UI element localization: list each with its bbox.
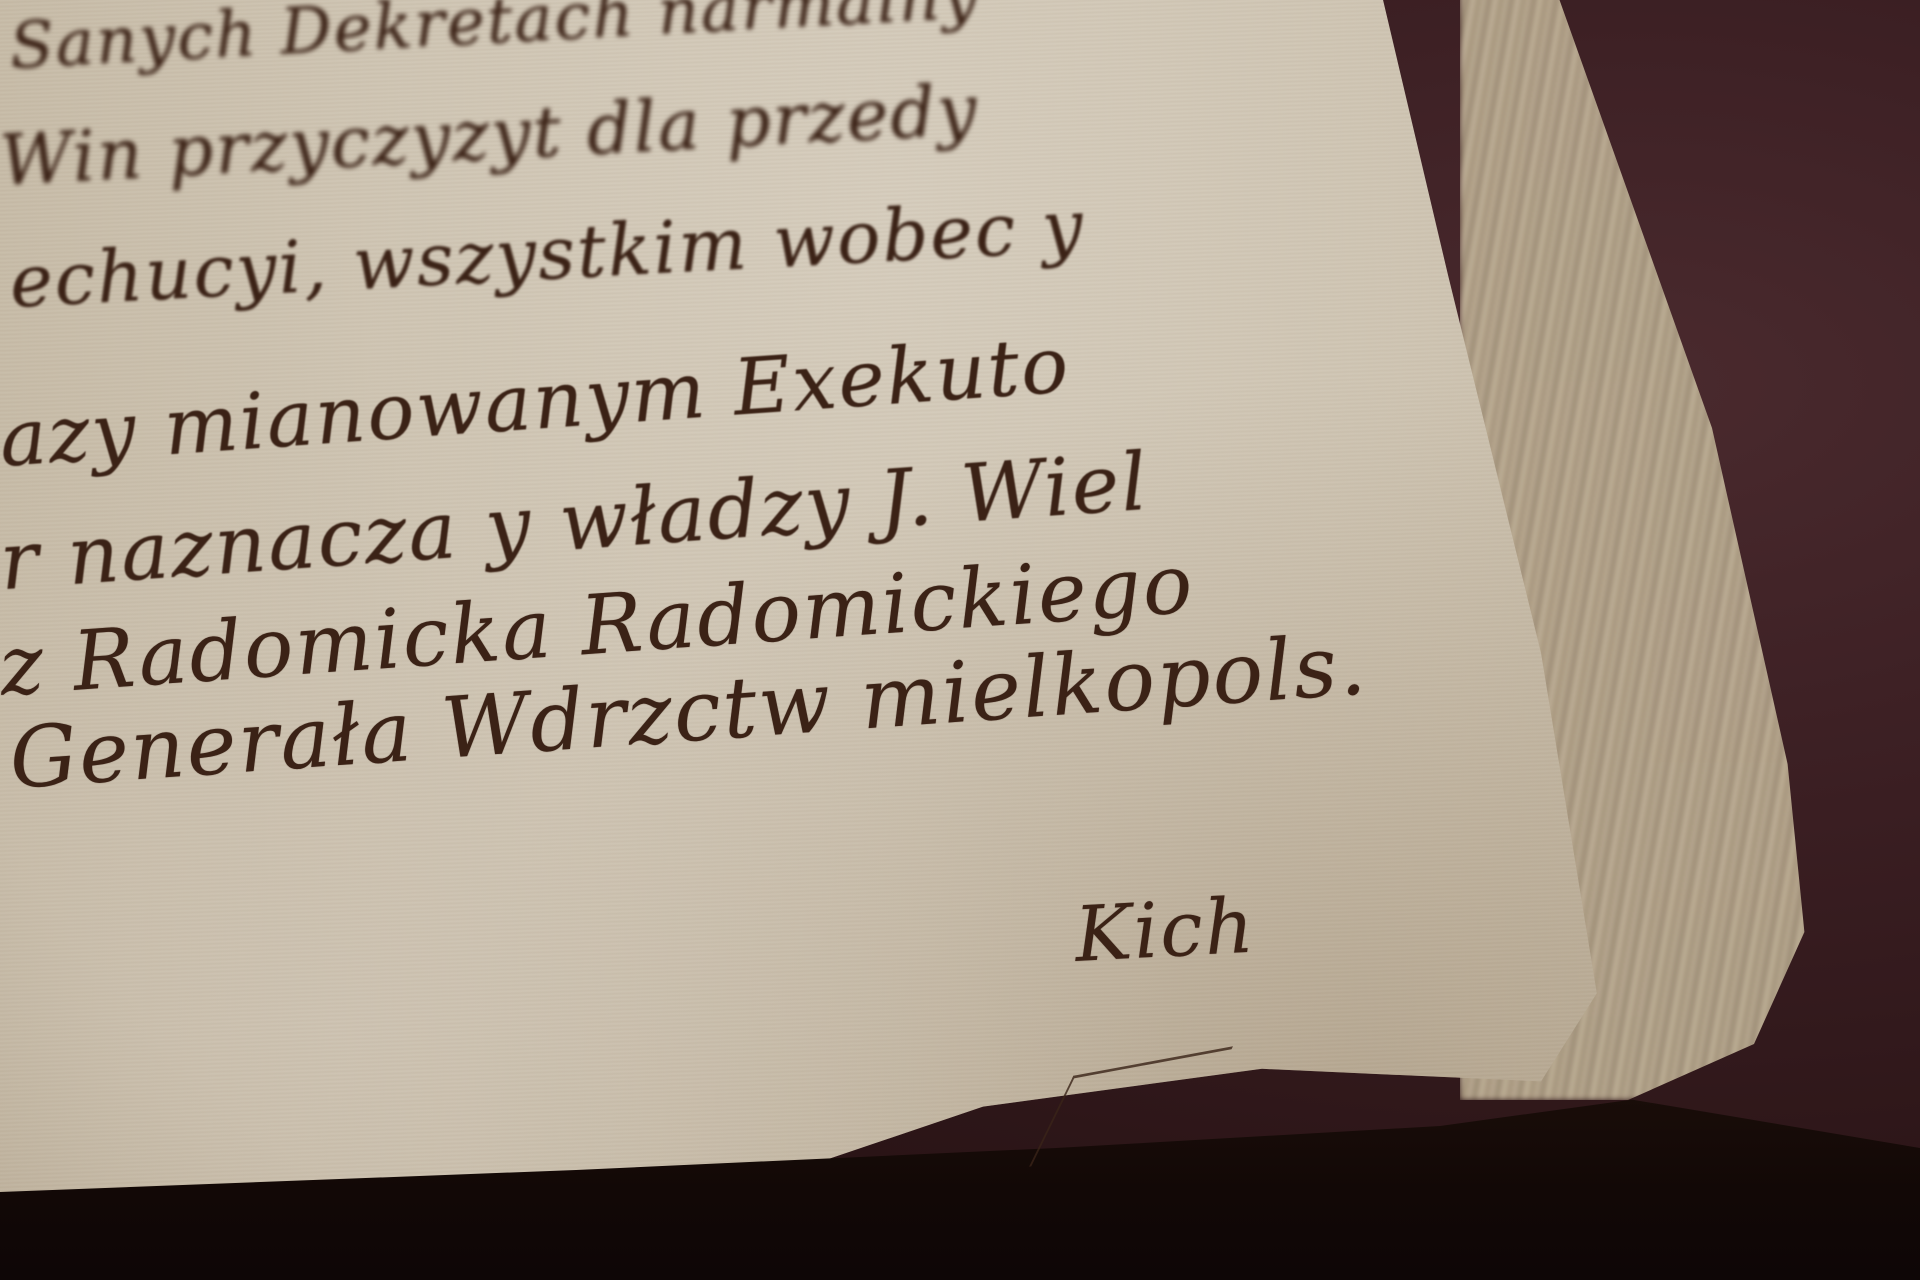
signature: Kich: [1073, 881, 1258, 979]
manuscript-photo: Sanych Dekretach narmainy Win przyczyzyt…: [0, 0, 1920, 1280]
